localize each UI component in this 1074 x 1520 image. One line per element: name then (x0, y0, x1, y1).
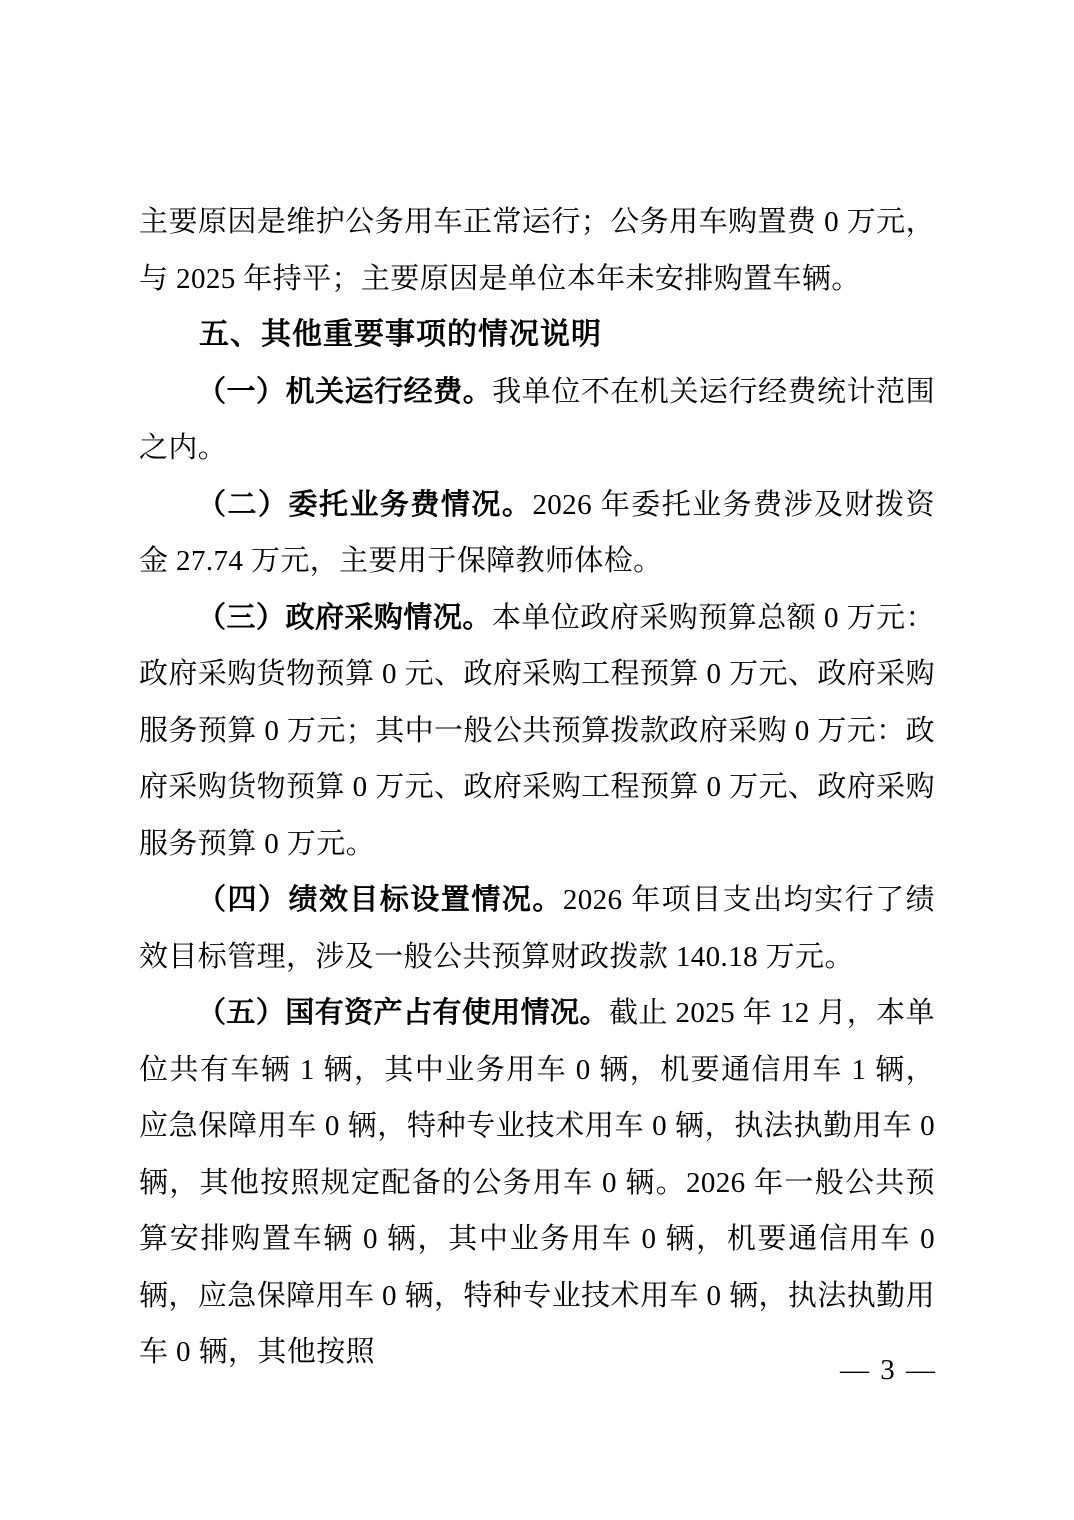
section-heading: 五、其他重要事项的情况说明 (139, 307, 935, 364)
document-page: 主要原因是维护公务用车正常运行；公务用车购置费 0 万元，与 2025 年持平；… (0, 0, 1074, 1520)
paragraph-lead: （二）委托业务费情况。 (197, 489, 532, 521)
paragraph-text: 截止 2025 年 12 月，本单位共有车辆 1 辆，其中业务用车 0 辆，机要… (139, 997, 935, 1368)
paragraph-item-2: （二）委托业务费情况。2026 年委托业务费涉及财拨资金 27.74 万元，主要… (139, 477, 935, 590)
paragraph-item-5: （五）国有资产占有使用情况。截止 2025 年 12 月，本单位共有车辆 1 辆… (139, 985, 935, 1381)
paragraph-continued: 主要原因是维护公务用车正常运行；公务用车购置费 0 万元，与 2025 年持平；… (139, 194, 935, 307)
paragraph-lead: （四）绩效目标设置情况。 (197, 884, 563, 916)
paragraph-text: 本单位政府采购预算总额 0 万元：政府采购货物预算 0 元、政府采购工程预算 0… (139, 602, 935, 860)
page-number: — 3 — (840, 1354, 937, 1386)
paragraph-lead: （三）政府采购情况。 (197, 602, 492, 634)
page-footer: — 3 — (840, 1350, 937, 1390)
paragraph-lead: （五）国有资产占有使用情况。 (197, 997, 609, 1029)
paragraph-item-1: （一）机关运行经费。我单位不在机关运行经费统计范围之内。 (139, 364, 935, 477)
paragraph-lead: （一）机关运行经费。 (197, 376, 492, 408)
paragraph-item-4: （四）绩效目标设置情况。2026 年项目支出均实行了绩效目标管理，涉及一般公共预… (139, 872, 935, 985)
paragraph-item-3: （三）政府采购情况。本单位政府采购预算总额 0 万元：政府采购货物预算 0 元、… (139, 590, 935, 873)
document-body: 主要原因是维护公务用车正常运行；公务用车购置费 0 万元，与 2025 年持平；… (139, 194, 935, 1381)
paragraph-text: 主要原因是维护公务用车正常运行；公务用车购置费 0 万元，与 2025 年持平；… (139, 206, 935, 295)
